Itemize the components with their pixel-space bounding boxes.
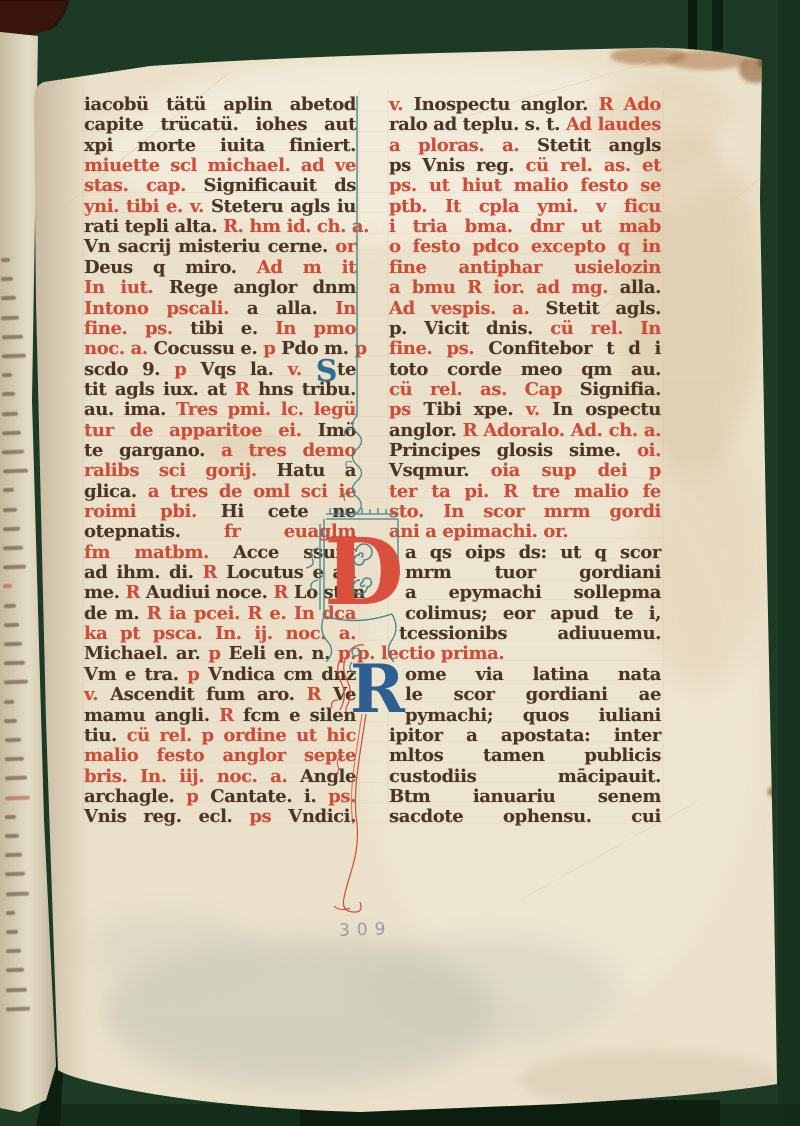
text-line: pymachi; quos iuliani [405,706,661,727]
text-segment: miuette scl michael. ad ve [84,155,356,176]
text-segment: In ospectu [552,399,661,420]
text-segment: tiu. [84,725,127,746]
text-line: a bmu R ior. ad mg. alla. [389,278,661,299]
text-segment: R [273,582,293,603]
text-segment: Vqs la. [200,359,287,380]
text-segment: R. hm id. ch. a. [223,216,369,237]
text-segment: ome via latina nata [405,664,661,685]
text-segment: alla. [620,277,661,298]
text-line: sto. In scor mrm gordi [389,502,661,523]
text-segment: Vndica cm dnz [208,664,356,685]
text-segment: p [187,664,208,685]
text-segment: or [335,236,356,257]
text-segment: Lo sten [294,582,365,603]
text-segment: tur de apparitoe ei. [84,420,318,441]
text-line: Michael. ar. p Eeli en. n. p. [84,644,356,665]
text-line: o festo pdco excepto q in [389,237,661,258]
text-segment: Ad m it [257,257,356,278]
text-segment: xpi morte iuita finiert. [84,135,356,156]
text-segment: cü rel. as. et [526,155,661,176]
text-line: fine. ps. Confitebor t d i [389,339,661,360]
text-segment: ptb. It cpla ymi. v ficu [389,196,661,217]
text-line: Vsqmur. oia sup dei p [389,461,661,482]
folio-number: 309 [339,919,393,941]
text-line: xpi morte iuita finiert. [84,136,356,157]
text-line: mltos tamen publicis [389,746,661,767]
text-segment: au. ima. [84,399,176,420]
text-segment: Locutus e ad [226,562,356,583]
text-line: Principes glosis sime. oi. [389,441,661,462]
text-segment: iacobü tätü aplin abetod [84,94,356,115]
text-segment: sto. In scor mrm gordi [389,501,661,522]
text-line: sacdote ophensu. cui [389,807,661,828]
text-segment: cü rel. p ordine ut hic [127,725,356,746]
left-text-column: iacobü tätü aplin abetodcapite trücatü. … [84,0,358,1126]
text-segment: te [337,359,356,380]
text-segment: ps [249,806,288,827]
text-segment: fm matbm. [84,542,233,563]
text-segment: Signifia. [580,379,661,400]
text-segment: Vn sacrij misteriu cerne. [84,236,335,257]
text-segment: hns tribu. [258,379,356,400]
text-segment: toto corde meo qm au. [389,359,661,380]
text-segment: anglor. [389,420,463,441]
text-segment: pymachi; quos iuliani [405,705,661,726]
text-segment: glica. [84,481,148,502]
text-segment: a alla. [247,298,335,319]
text-line: le scor gordiani ae [405,685,661,706]
text-segment: Significauit ds [204,175,356,196]
text-segment: fine. ps. [84,318,190,339]
text-line: ome via latina nata [405,665,661,686]
text-line: cü rel. as. Cap Signifia. [389,380,661,401]
text-segment: Steteru agls iu [211,196,356,217]
text-segment: R [203,562,227,583]
text-segment: p [186,786,210,807]
text-segment: v. [84,684,110,705]
text-segment: de m. [84,603,147,624]
text-segment: Ve [333,684,356,705]
text-line: Vn sacrij misteriu cerne. or [84,237,356,258]
text-line: Ad vespis. a. Stetit agls. [389,299,661,320]
text-segment: fcm e silen [243,705,356,726]
text-segment: Michael. ar. [84,643,208,664]
text-line: a epymachi sollepma [405,583,661,604]
text-segment: stas. cap. [84,175,204,196]
text-line: ralibs sci gorij. Hatu a [84,461,356,482]
text-segment: Angle [300,766,356,787]
text-line: p. Vicit dnis. cü rel. In [389,319,661,340]
text-segment: ps. ut hiut malio festo se [389,175,661,196]
text-segment: tibi e. [190,318,275,339]
text-segment: ad ihm. di. [84,562,203,583]
text-line: ralo ad teplu. s. t. Ad laudes [389,115,661,136]
text-line: tcessionibs adiuuemu. [399,624,661,645]
text-segment: Ascendit fum aro. [110,684,306,705]
text-segment: In [335,298,356,319]
right-text-column: v. Inospectu anglor. R Adoralo ad teplu.… [389,0,663,1126]
text-line: ad ihm. di. R Locutus e ad [84,563,356,584]
text-segment: Tres pmi. lc. legü [176,399,356,420]
text-line: fine. ps. tibi e. In pmo [84,319,356,340]
text-segment: Rege anglor dnm [169,277,356,298]
text-segment: Intono pscali. [84,298,247,319]
text-segment: roimi pbi. [84,501,221,522]
text-segment: Eeli en. n. [229,643,338,664]
text-line: p. lectio prima. [357,644,661,665]
text-line: fm matbm. Acce ssunt [84,543,356,564]
text-line: ptb. It cpla ymi. v ficu [389,197,661,218]
text-line: a ploras. a. Stetit angls [389,136,661,157]
text-line: tur de apparitoe ei. Imö [84,421,356,442]
text-segment: Ad vespis. a. [389,298,546,319]
text-segment: p [354,338,366,359]
text-segment: ani a epimachi. or. [389,521,568,542]
text-segment: a epymachi sollepma [405,582,661,603]
text-segment: sacdote ophensu. cui [389,806,661,827]
text-line: te gargano. a tres demo [84,441,356,462]
text-line: otepnatis. fr euaglm [84,522,356,543]
text-segment: a ploras. a. [389,135,537,156]
text-line: v. Ascendit fum aro. R Ve [84,685,356,706]
text-segment: Stetit agls. [546,298,662,319]
text-line: mamu angli. R fcm e silen [84,706,356,727]
text-segment: Vm e tra. [84,664,187,685]
text-segment: a tres de oml sci ie [148,481,356,502]
text-segment: Acce ssunt [233,542,356,563]
text-line: tiu. cü rel. p ordine ut hic [84,726,356,747]
text-segment: ka pt psca. In. ij. noc. a. [84,623,356,644]
text-segment: bris. In. iij. noc. a. [84,766,300,787]
text-segment: Cantate. i. [210,786,328,807]
text-segment: a bmu R ior. ad mg. [389,277,620,298]
text-line: mrm tuor gordiani [405,563,661,584]
text-segment: cü rel. In [550,318,661,339]
text-line: stas. cap. Significauit ds [84,176,356,197]
text-line: archagle. p Cantate. i. ps. [84,787,356,808]
text-segment: ralo ad teplu. s. t. [389,114,566,135]
text-line: rati tepli alta. R. hm id. ch. a. [84,217,356,238]
text-segment: Imö [318,420,356,441]
text-segment: fine antiphar usielozin [389,257,661,278]
text-segment: noc. a. [84,338,154,359]
text-segment: ipitor a apostata: inter [389,725,661,746]
text-line: ani a epimachi. or. [389,522,661,543]
text-segment: Audiui noce. [146,582,274,603]
text-line: scdo 9. p Vqs la. v. Ste [84,360,356,381]
text-line: anglor. R Adoralo. Ad. ch. a. [389,421,661,442]
text-line: Deus q miro. Ad m it [84,258,356,279]
text-segment: mltos tamen publicis [389,745,661,766]
text-segment: colimus; eor apud te i, [405,603,661,624]
text-segment: Ad laudes [566,114,661,135]
text-segment: mrm tuor gordiani [405,562,661,583]
text-line: au. ima. Tres pmi. lc. legü [84,400,356,421]
text-segment: tcessionibs adiuuemu. [399,623,661,644]
text-segment: p [263,338,281,359]
text-line: custodiis mācipauit. [389,767,661,788]
text-segment: tit agls iux. at [84,379,235,400]
text-line: miuette scl michael. ad ve [84,156,356,177]
text-segment: R Ado [599,94,661,115]
text-segment: yni. tibi e. v. [84,196,211,217]
text-segment: Btm ianuariu senem [389,786,661,807]
text-segment: custodiis mācipauit. [389,766,661,787]
text-line: Vnis reg. ecl. ps Vndici. [84,807,356,828]
text-segment: rati tepli alta. [84,216,223,237]
text-line: glica. a tres de oml sci ie [84,482,356,503]
text-segment: p. [338,643,356,664]
text-line: ter ta pi. R tre malio fe [389,482,661,503]
text-segment: p [208,643,228,664]
text-line: toto corde meo qm au. [389,360,661,381]
text-line: a qs oips ds: ut q scor [405,543,661,564]
text-segment: i tria bma. dnr ut mab [389,216,661,237]
text-line: ipitor a apostata: inter [389,726,661,747]
text-segment: ps [389,399,423,420]
text-line: capite trücatü. iohes aut [84,115,356,136]
text-segment: Principes glosis sime. [389,440,637,461]
text-segment: v. [389,94,414,115]
text-segment: fine. ps. [389,338,488,359]
text-line: Intono pscali. a alla. In [84,299,356,320]
text-segment: ps Vnis reg. [389,155,526,176]
text-segment: Hi cete ne [221,501,356,522]
text-segment: malio festo anglor septe [84,745,356,766]
text-segment: p. [357,643,381,664]
text-line: v. Inospectu anglor. R Ado [389,95,661,116]
text-segment: mamu angli. [84,705,219,726]
text-line: ps Vnis reg. cü rel. as. et [389,156,661,177]
text-segment: p. Vicit dnis. [389,318,550,339]
text-segment: Cocussu e. [154,338,264,359]
text-segment: R [125,582,145,603]
text-segment: o festo pdco excepto q in [389,236,661,257]
text-segment: otepnatis. [84,521,224,542]
text-segment: v. [288,359,316,380]
text-segment: scdo 9. [84,359,174,380]
text-line: de m. R ia pcei. R e. In dca [84,604,356,625]
text-line: ka pt psca. In. ij. noc. a. [84,624,356,645]
text-line: Btm ianuariu senem [389,787,661,808]
text-segment: In pmo [275,318,356,339]
text-segment: Vsqmur. [389,460,491,481]
text-segment: Confitebor t d i [488,338,661,359]
text-segment: ter ta pi. R tre malio fe [389,481,661,502]
text-line: roimi pbi. Hi cete ne [84,502,356,523]
text-segment: oi. [637,440,661,461]
text-segment: te gargano. [84,440,221,461]
text-segment: me. [84,582,125,603]
text-line: i tria bma. dnr ut mab [389,217,661,238]
text-segment: v. [526,399,553,420]
text-segment: Hatu a [276,460,356,481]
text-line: iacobü tätü aplin abetod [84,95,356,116]
text-line: yni. tibi e. v. Steteru agls iu [84,197,356,218]
text-line: ps. ut hiut malio festo se [389,176,661,197]
text-segment: R Adoralo. Ad. ch. a. [463,420,661,441]
text-segment: R [235,379,258,400]
text-line: me. R Audiui noce. R Lo sten [84,583,356,604]
text-segment: cü rel. as. Cap [389,379,580,400]
text-line: ps Tibi xpe. v. In ospectu [389,400,661,421]
text-segment: le scor gordiani ae [405,684,661,705]
text-line: tit agls iux. at R hns tribu. [84,380,356,401]
text-segment: archagle. [84,786,186,807]
text-segment: Inospectu anglor. [414,94,599,115]
text-segment: Stetit angls [537,135,661,156]
text-line: colimus; eor apud te i, [405,604,661,625]
text-segment: capite trücatü. iohes aut [84,114,356,135]
text-segment: oia sup dei p [491,460,661,481]
text-line: malio festo anglor septe [84,746,356,767]
text-segment: R [306,684,333,705]
text-block: iacobü tätü aplin abetodcapite trücatü. … [0,0,800,1126]
text-segment: ps. [328,786,356,807]
text-segment: a tres demo [221,440,356,461]
text-segment: fr euaglm [224,521,356,542]
text-segment: In iut. [84,277,169,298]
text-segment: Deus q miro. [84,257,257,278]
manuscript-photo: iacobü tätü aplin abetodcapite trücatü. … [0,0,800,1126]
text-segment: ralibs sci gorij. [84,460,276,481]
text-line: bris. In. iij. noc. a. Angle [84,767,356,788]
text-line: In iut. Rege anglor dnm [84,278,356,299]
text-segment: Tibi xpe. [423,399,525,420]
text-segment: lectio prima. [381,643,504,664]
text-segment: R ia pcei. R e. In dca [147,603,356,624]
text-segment: p [174,359,200,380]
text-segment: Vnis reg. ecl. [84,806,249,827]
text-segment: a qs oips ds: ut q scor [405,542,661,563]
text-line: Vm e tra. p Vndica cm dnz [84,665,356,686]
text-line: fine antiphar usielozin [389,258,661,279]
text-segment: R [219,705,243,726]
text-segment: Vndici. [288,806,356,827]
